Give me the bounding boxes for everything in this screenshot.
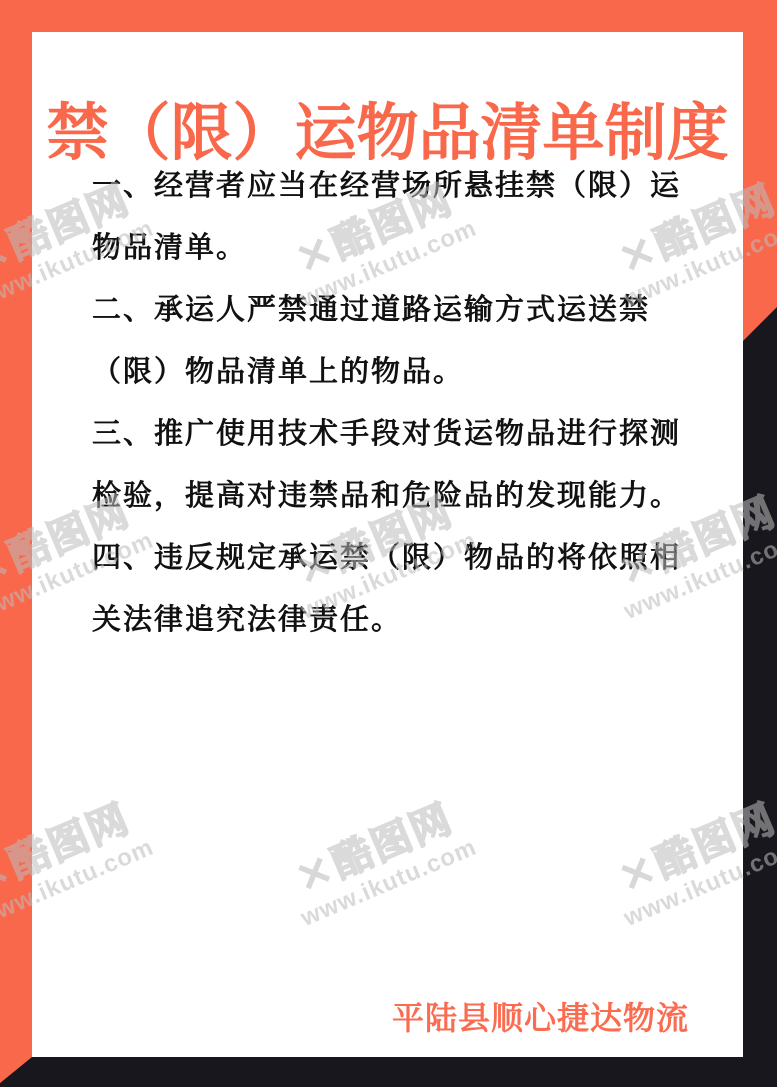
body-line-8: 关法律追究法律责任。 xyxy=(92,589,722,651)
ikutu-logo-icon: ✕ xyxy=(290,848,339,900)
watermark-brand: 酷图网 xyxy=(327,798,459,884)
body-text: 一、经营者应当在经营场所悬挂禁（限）运 物品清单。 二、承运人严禁通过道路运输方… xyxy=(92,155,722,651)
poster: 禁（限）运物品清单制度 一、经营者应当在经营场所悬挂禁（限）运 物品清单。 二、… xyxy=(0,0,777,1087)
frame-border-bottom xyxy=(0,1057,777,1087)
watermark-url: www.ikutu.com xyxy=(278,827,499,939)
body-line-7: 四、违反规定承运禁（限）物品的将依照相 xyxy=(92,527,722,589)
frame-border-right xyxy=(743,0,777,1087)
frame-border-right-orange-segment xyxy=(743,0,777,342)
frame-border-top xyxy=(0,0,777,32)
body-line-1: 一、经营者应当在经营场所悬挂禁（限）运 xyxy=(92,155,722,217)
frame-border-left xyxy=(0,0,32,1087)
body-line-2: 物品清单。 xyxy=(92,217,722,279)
body-line-3: 二、承运人严禁通过道路运输方式运送禁 xyxy=(92,279,722,341)
watermark: ✕酷图网 www.ikutu.com xyxy=(260,785,499,939)
body-line-6: 检验，提高对违禁品和危险品的发现能力。 xyxy=(92,465,722,527)
ikutu-logo-icon: ✕ xyxy=(613,848,662,900)
body-line-5: 三、推广使用技术手段对货运物品进行探测 xyxy=(92,403,722,465)
body-line-4: （限）物品清单上的物品。 xyxy=(92,341,722,403)
footer-company-name: 平陆县顺心捷达物流 xyxy=(392,993,689,1039)
